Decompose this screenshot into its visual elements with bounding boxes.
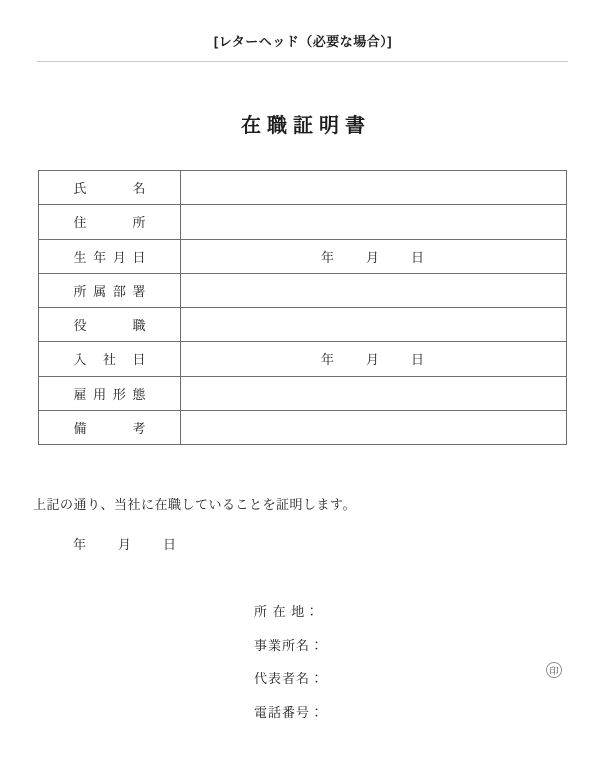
row-label: 役職 [74,315,146,334]
row-value-cell [181,171,567,205]
row-value-cell [181,308,567,342]
row-label: 雇用形態 [74,384,146,403]
row-label: 氏名 [74,178,146,197]
row-value-cell [181,410,567,444]
row-label-cell: 入社日 [39,342,181,376]
certification-statement: 上記の通り、当社に在職していることを証明します。 [33,496,356,513]
row-value-cell [181,273,567,307]
issuer-phone-label: 電話番号： [254,705,324,721]
letterhead-placeholder: [レターヘッド（必要な場合）] [0,34,606,50]
issuer-representative-label: 代表者名： [254,671,324,687]
row-value-cell: 年 月 日 [181,342,567,376]
issuer-office-name-label: 事業所名： [254,638,324,654]
row-label-cell: 生年月日 [39,239,181,273]
table-row-hire-date: 入社日 年 月 日 [39,342,567,376]
row-label-cell: 所属部署 [39,273,181,307]
row-label-cell: 役職 [39,308,181,342]
document-page: [レターヘッド（必要な場合）] 在職証明書 氏名 住所 生年月日 年 月 日 所… [0,0,606,768]
row-label-cell: 備考 [39,410,181,444]
letterhead-divider [37,61,568,62]
table-row-position: 役職 [39,308,567,342]
company-seal-mark: 印 [546,662,562,678]
row-label: 住所 [74,212,146,231]
table-row-birthdate: 生年月日 年 月 日 [39,239,567,273]
issue-date-placeholder: 年 月 日 [73,536,178,553]
row-label-cell: 雇用形態 [39,376,181,410]
row-label: 生年月日 [74,247,146,266]
row-label: 所属部署 [74,281,146,300]
row-label-cell: 氏名 [39,171,181,205]
row-label: 備考 [74,418,146,437]
row-value-cell [181,376,567,410]
employment-form-table: 氏名 住所 生年月日 年 月 日 所属部署 役職 入社日 年 月 日 [38,170,567,445]
table-row-name: 氏名 [39,171,567,205]
table-row-employment-type: 雇用形態 [39,376,567,410]
row-label: 入社日 [74,349,146,368]
seal-character: 印 [549,664,558,677]
row-value-cell: 年 月 日 [181,239,567,273]
table-row-address: 住所 [39,205,567,239]
issuer-address-label: 所 在 地： [254,604,319,620]
row-label-cell: 住所 [39,205,181,239]
document-title: 在職証明書 [0,114,606,138]
row-value-cell [181,205,567,239]
table-row-department: 所属部署 [39,273,567,307]
table-row-remarks: 備考 [39,410,567,444]
